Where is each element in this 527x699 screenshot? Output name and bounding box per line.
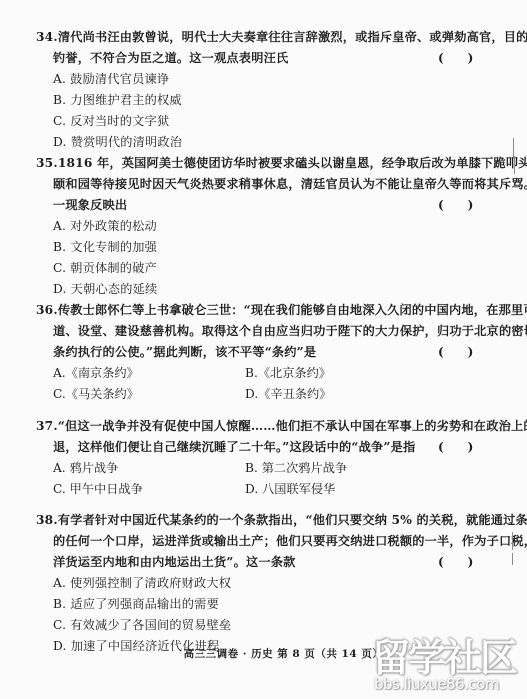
question-36: 36.传教士郎怀仁等上书拿破仑三世：“现在我们能够自由地深入久闭的中国内地，在那…: [36, 300, 476, 405]
question-stem-text: 洋货运至内地和由内地运出土货”。这一条款: [53, 555, 296, 569]
question-stem-line: 颐和园等待接见时因天气炎热要求稍事休息，清廷官员认为不能让皇帝久等而将其斥骂。这: [36, 174, 476, 195]
option-b: B. 适应了列强商品输出的需要: [36, 594, 476, 615]
option-a: A.《南京条约》: [53, 363, 139, 384]
question-stem-line: 35.1816 年，英国阿美士德使团访华时被要求磕头以谢皇恩，经争取后改为单膝下…: [36, 153, 476, 174]
answer-paren: ( ): [438, 342, 473, 363]
question-stem-text: 道、设堂、建设慈善机构。取得这个自由应当归功于陛下的大力保护，归功于北京的密切注…: [53, 324, 527, 338]
question-number: 36.: [36, 303, 58, 317]
question-37: 37.“但这一战争并没有促使中国人惊醒……他们拒不承认中国在军事上的劣势和在政治…: [36, 416, 476, 500]
question-number: 37.: [36, 419, 58, 433]
question-stem-line: 一现象反映出 ( ): [36, 195, 476, 216]
question-stem-text: 一现象反映出: [53, 198, 127, 212]
question-stem-text: 有学者针对中国近代某条约的一个条款指出，“他们只要交纳 5% 的关税，就能通过条…: [58, 513, 527, 527]
question-34: 34.清代尚书汪由敦曾说，明代士大夫奏章往往言辞激烈，或指斥皇帝、或弹劾高官，目…: [36, 27, 476, 153]
question-stem-text: 钓誉，不符合为臣之道。这一观点表明汪氏: [53, 51, 288, 65]
option-a: A. 对外政策的松动: [36, 216, 476, 237]
question-stem-text: 颐和园等待接见时因天气炎热要求稍事休息，清廷官员认为不能让皇帝久等而将其斥骂。这: [53, 177, 527, 191]
watermark-url: bbs.liuxue86.com: [374, 675, 499, 693]
question-stem-text: 清代尚书汪由敦曾说，明代士大夫奏章往往言辞激烈，或指斥皇帝、或弹劾高官，目的多是…: [58, 30, 527, 44]
question-stem-text: 的任何一个口岸，运进洋货或输出土产；他们只要再交纳进口税额的一半，作为子口税，就…: [53, 534, 527, 548]
question-number: 35.: [36, 156, 58, 170]
option-c: C. 甲午中日战争: [53, 479, 143, 500]
question-stem-line: 38.有学者针对中国近代某条约的一个条款指出，“他们只要交纳 5% 的关税，就能…: [36, 510, 476, 531]
watermark: 留学社区 bbs.liuxue86.com: [368, 625, 526, 697]
question-stem-line: 道、设堂、建设慈善机构。取得这个自由应当归功于陛下的大力保护，归功于北京的密切注…: [36, 321, 476, 342]
question-stem-text: 条约执行的公使。”据此判断，该不平等“条约”是: [53, 345, 316, 359]
question-stem-text: 1816 年，英国阿美士德使团访华时被要求磕头以谢皇恩，经争取后改为单膝下跪叩头…: [58, 156, 527, 170]
option-row: C.《马关条约》 D.《辛丑条约》: [36, 384, 476, 405]
binding-mark: [512, 532, 513, 550]
binding-mark: [513, 138, 514, 158]
question-stem-text: “但这一战争并没有促使中国人惊醒……他们拒不承认中国在军事上的劣势和在政治上的衰: [58, 419, 527, 433]
binding-mark: [514, 156, 515, 174]
question-stem-line: 洋货运至内地和由内地运出土货”。这一条款 ( ): [36, 552, 476, 573]
question-stem-line: 钓誉，不符合为臣之道。这一观点表明汪氏 ( ): [36, 48, 476, 69]
question-number: 34.: [36, 30, 58, 44]
option-row: C. 甲午中日战争 D. 八国联军侵华: [36, 479, 476, 500]
question-stem-line: 退，这样他们便让自己继续沉睡了二十年。”这段话中的“战争”是指 ( ): [36, 437, 476, 458]
watermark-logo: 留学社区: [372, 627, 516, 682]
answer-paren: ( ): [438, 195, 473, 216]
option-d: D.《辛丑条约》: [245, 384, 331, 405]
question-stem-line: 条约执行的公使。”据此判断，该不平等“条约”是 ( ): [36, 342, 476, 363]
option-d: D. 八国联军侵华: [245, 479, 335, 500]
option-b: B. 力图维护君主的权威: [36, 90, 476, 111]
option-b: B. 第二次鸦片战争: [245, 458, 347, 479]
option-b: B.《北京条约》: [245, 363, 331, 384]
option-d: D. 赞赏明代的清明政治: [36, 132, 476, 153]
question-35: 35.1816 年，英国阿美士德使团访华时被要求磕头以谢皇恩，经争取后改为单膝下…: [36, 153, 476, 300]
answer-paren: ( ): [438, 437, 473, 458]
question-stem-line: 34.清代尚书汪由敦曾说，明代士大夫奏章往往言辞激烈，或指斥皇帝、或弹劾高官，目…: [36, 27, 476, 48]
option-row: A.《南京条约》 B.《北京条约》: [36, 363, 476, 384]
question-stem-line: 37.“但这一战争并没有促使中国人惊醒……他们拒不承认中国在军事上的劣势和在政治…: [36, 416, 476, 437]
option-c: C. 反对当时的文字狱: [36, 111, 476, 132]
question-stem-line: 36.传教士郎怀仁等上书拿破仑三世：“现在我们能够自由地深入久闭的中国内地，在那…: [36, 300, 476, 321]
option-a: A. 鸦片战争: [53, 458, 118, 479]
option-c: C. 朝贡体制的破产: [36, 258, 476, 279]
option-a: A. 使列强控制了清政府财政大权: [36, 573, 476, 594]
option-a: A. 鼓励清代官员谏诤: [36, 69, 476, 90]
option-d: D. 天朝心态的延续: [36, 279, 476, 300]
option-row: A. 鸦片战争 B. 第二次鸦片战争: [36, 458, 476, 479]
option-b: B. 文化专制的加强: [36, 237, 476, 258]
exam-page: 34.清代尚书汪由敦曾说，明代士大夫奏章往往言辞激烈，或指斥皇帝、或弹劾高官，目…: [0, 0, 527, 699]
question-number: 38.: [36, 513, 58, 527]
question-stem-text: 传教士郎怀仁等上书拿破仑三世：“现在我们能够自由地深入久闭的中国内地，在那里可以…: [58, 303, 527, 317]
option-c: C.《马关条约》: [53, 384, 139, 405]
binding-mark: [512, 553, 513, 565]
answer-paren: ( ): [438, 552, 473, 573]
question-stem-line: 的任何一个口岸，运进洋货或输出土产；他们只要再交纳进口税额的一半，作为子口税，就…: [36, 531, 476, 552]
question-stem-text: 退，这样他们便让自己继续沉睡了二十年。”这段话中的“战争”是指: [53, 440, 415, 454]
answer-paren: ( ): [438, 48, 473, 69]
